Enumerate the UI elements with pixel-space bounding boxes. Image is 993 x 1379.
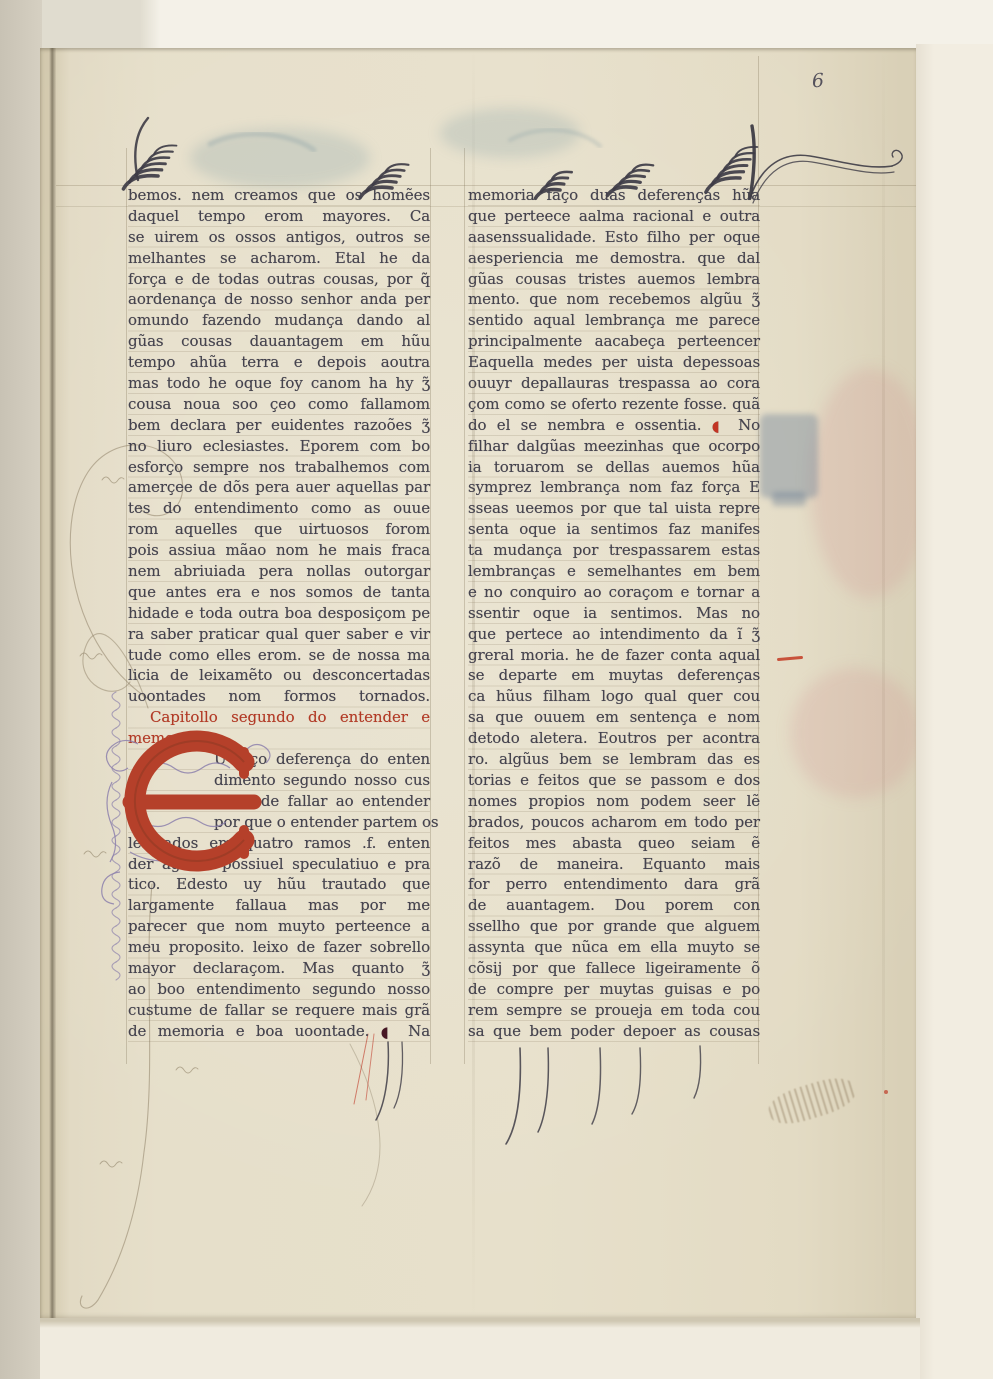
text-line: for perro entendimento dara grã [468,874,760,895]
show-through-initial [760,414,818,498]
next-leaf-edge [916,44,993,1379]
text-line: ia toruarom se dellas auemos hũa [468,457,760,478]
text-line: força e de todas outras cousas, por q̃ [128,269,430,290]
text-line: cousa noua soo çeo como fallamom [128,394,430,415]
text-line: tes do entendimento como as ouue [128,498,430,519]
text-line: gũas cousas tristes auemos lembra [468,269,760,290]
parchment-scratch [765,1072,859,1130]
text-line: symprez lembrança nom faz força E [468,477,760,498]
text-line: senta oque ia sentimos faz manifes [468,519,760,540]
text-line: mento. que nom recebemos algũu ʒ̃ [468,289,760,310]
text-line: nem abriuiada pera nollas outorgar [128,561,430,582]
text-line: hidade e toda outra boa desposiçom pe [128,603,430,624]
text-line: memoria faço duas deferenças hũa [468,185,760,206]
text-line: pois assiua mãao nom he mais fraca [128,540,430,561]
show-through-stain [810,368,930,598]
text-line: aesperiencia me demostra. que dal [468,248,760,269]
text-line: no liuro eclesiastes. Eporem com bo [128,436,430,457]
text-line: de memoria e boa uoontade. Na [128,1021,430,1042]
text-line: licia de leixamẽto ou desconcertadas [128,665,430,686]
text-line: rem sempre se proueja em toda cou [468,1000,760,1021]
text-line: bem declara per euidentes razoões ʒ̃ [128,415,430,436]
parchment-page: 6 bemos. nem creamos que os homẽesdaquel… [40,48,918,1320]
correction-dash [777,656,803,661]
folio-number: 6 [811,70,825,93]
text-line: nomes propios nom podem seer lẽ [468,791,760,812]
text-line: melhantes se acharom. Etal he da [128,248,430,269]
text-line: esforço sempre nos trabalhemos com [128,457,430,478]
text-line: detodo aletera. Eoutros per acontra [468,728,760,749]
text-line: aasenssualidade. Esto filho per oque [468,227,760,248]
text-line: amerçee de dõs pera auer aquellas par [128,477,430,498]
text-line: ra saber praticar qual quer saber e vir [128,624,430,645]
text-line: sa que bem poder depoer as cousas [468,1021,760,1042]
text-line: lembranças e semelhantes em bem [468,561,760,582]
text-line: bemos. nem creamos que os homẽes [128,185,430,206]
text-line: se departe em muytas deferenças [468,665,760,686]
binding-left-edge [0,0,42,1379]
text-line: que pertece ao intendimento da ĩ ʒ̃ [468,624,760,645]
text-line: do el se nembra e ossentia. No [468,415,760,436]
text-line: torias e feitos que se passom e dos [468,770,760,791]
text-line: razõ de maneira. Equanto mais [468,854,760,875]
ink-speck [884,1090,888,1094]
text-line: ro. algũus bem se lembram das es [468,749,760,770]
text-line: assynta que nũca em ella muyto se [468,937,760,958]
text-line: tude como elles erom. se de nossa ma [128,645,430,666]
paragraph-mark-icon [381,1022,397,1042]
text-line: sentido aqual lembrança me parece [468,310,760,331]
text-line: filhar dalgũas meezinhas que ocorpo [468,436,760,457]
text-line: daquel tempo erom mayores. Ca [128,206,430,227]
text-line: ouuyr depallauras trespassa ao cora [468,373,760,394]
text-line: uoontades nom formos tornados. [128,686,430,707]
text-line: de compre per muytas guisas e po [468,979,760,1000]
text-line: gũas cousas dauantagem em hũu [128,331,430,352]
text-line: ta mudança por trespassarem estas [468,540,760,561]
text-line: sseas ueemos por que tal uista repre [468,498,760,519]
text-line: aordenança de nosso senhor anda per [128,289,430,310]
ruling-line [430,148,431,1064]
text-line: e no conquiro ao coraçom e tornar a [468,582,760,603]
leaf-bottom-edge [40,1318,920,1379]
right-column: memoria faço duas deferenças hũaque pert… [468,185,760,1042]
text-line: sa que ouuem em sentença e nom [468,707,760,728]
text-line: principalmente aacabeça perteencer [468,331,760,352]
text-line: cõsij por que fallece ligeiramente õ [468,958,760,979]
text-line: mas todo he oque foy canom ha hy ʒ̃ [128,373,430,394]
ruling-line [464,148,465,1064]
show-through-stain [790,668,920,798]
text-line: rom aquelles que uirtuosos forom [128,519,430,540]
text-line: ca hũus filham logo qual quer cou [468,686,760,707]
decorated-initial-E [86,722,298,1022]
text-line: de auantagem. Dou porem con [468,895,760,916]
text-line: que perteece aalma racional e outra [468,206,760,227]
text-line: greral moria. he de fazer conta aqual [468,645,760,666]
gutter-fold [49,48,56,1320]
text-line: çom como se oferto rezente fosse. quã [468,394,760,415]
text-line: omundo fazendo mudança dando al [128,310,430,331]
text-line: Eaquella medes per uista depessoas [468,352,760,373]
show-through-stain [190,128,370,188]
show-through-stain [440,108,580,158]
text-line: que antes era e nos somos de tanta [128,582,430,603]
text-line: ssellho que por grande que alguem [468,916,760,937]
text-line: ssentir oque ia sentimos. Mas no [468,603,760,624]
paragraph-mark-icon [712,416,728,436]
manuscript-photo: 6 bemos. nem creamos que os homẽesdaquel… [0,0,993,1379]
text-line: tempo ahũa terra e depois aoutra [128,352,430,373]
text-line: brados, poucos acharom em todo per [468,812,760,833]
mat-top-edge [0,0,993,50]
text-line: feitos mes abasta queo seiam ẽ [468,833,760,854]
text-line: se uirem os ossos antigos, outros se [128,227,430,248]
